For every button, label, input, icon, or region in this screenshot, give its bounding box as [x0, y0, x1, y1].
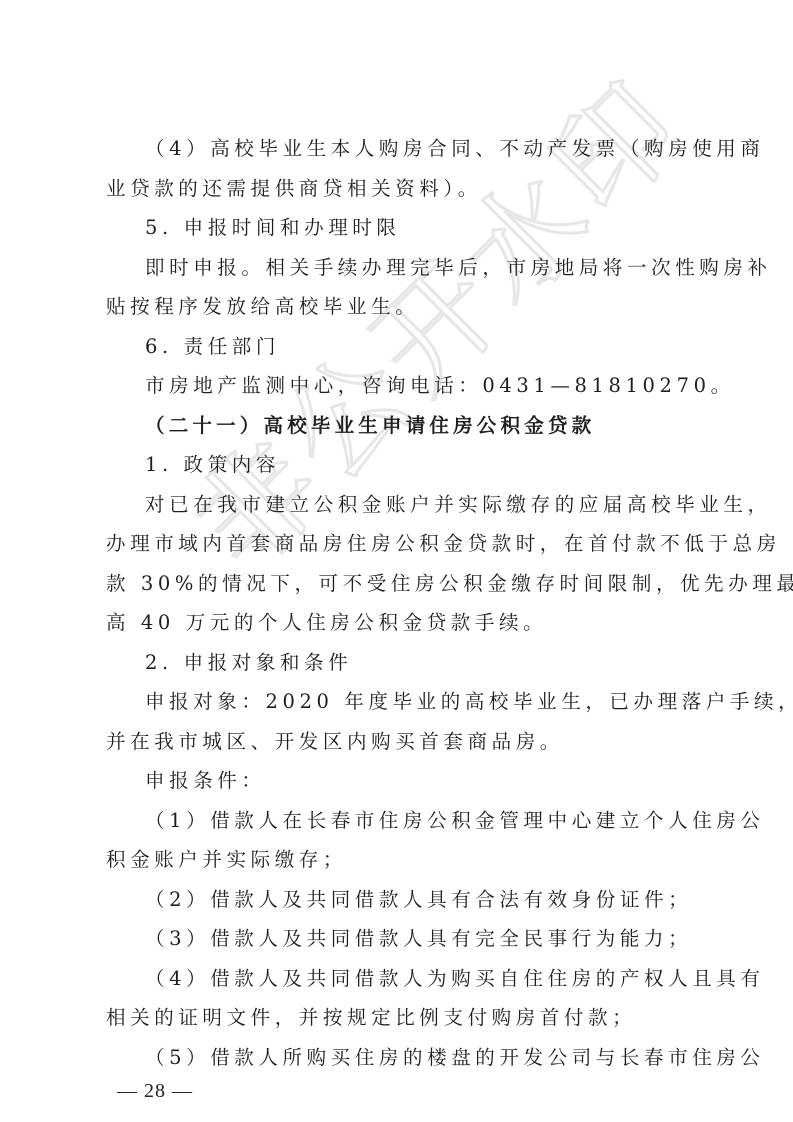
list-item: （1）借款人在长春市住房公积金管理中心建立个人住房公 — [145, 807, 705, 835]
paragraph-line: 办理市域内首套商品房住房公积金贷款时，在首付款不低于总房 — [106, 530, 700, 558]
paragraph-line: 高 40 万元的个人住房公积金贷款手续。 — [106, 609, 700, 637]
contact-line: 市房地产监测中心，咨询电话：0431—81810270。 — [145, 372, 705, 400]
paragraph-line: （4）高校毕业生本人购房合同、不动产发票（购房使用商 — [145, 135, 705, 163]
section-heading: 5. 申报时间和办理时限 — [145, 214, 705, 242]
section-heading: 1. 政策内容 — [145, 451, 705, 479]
paragraph-line: 相关的证明文件，并按规定比例支付购房首付款； — [106, 1004, 700, 1032]
paragraph-line: 积金账户并实际缴存； — [106, 846, 700, 874]
list-item: （4）借款人及共同借款人为购买自住住房的产权人且具有 — [145, 965, 705, 993]
paragraph-line: 对已在我市建立公积金账户并实际缴存的应届高校毕业生， — [145, 491, 705, 519]
page-number: — 28 — — [117, 1080, 193, 1103]
paragraph-line: 即时申报。相关手续办理完毕后，市房地局将一次性购房补 — [145, 254, 705, 282]
paragraph-line: 贴按程序发放给高校毕业生。 — [106, 293, 700, 321]
list-item: （3）借款人及共同借款人具有完全民事行为能力； — [145, 925, 705, 953]
list-item: （2）借款人及共同借款人具有合法有效身份证件； — [145, 886, 705, 914]
article-heading: （二十一）高校毕业生申请住房公积金贷款 — [145, 412, 705, 440]
section-heading: 2. 申报对象和条件 — [145, 649, 705, 677]
list-item: （5）借款人所购买住房的楼盘的开发公司与长春市住房公 — [145, 1044, 705, 1072]
section-heading: 6. 责任部门 — [145, 333, 705, 361]
document-page: 非公开水印 （4）高校毕业生本人购房合同、不动产发票（购房使用商 业贷款的还需提… — [0, 0, 793, 1122]
paragraph-line: 申报条件： — [145, 767, 705, 795]
paragraph-line: 业贷款的还需提供商贷相关资料）。 — [106, 175, 700, 203]
paragraph-line: 款 30%的情况下，可不受住房公积金缴存时间限制，优先办理最 — [106, 570, 700, 598]
paragraph-line: 申报对象：2020 年度毕业的高校毕业生，已办理落户手续， — [145, 688, 705, 716]
paragraph-line: 并在我市城区、开发区内购买首套商品房。 — [106, 728, 700, 756]
